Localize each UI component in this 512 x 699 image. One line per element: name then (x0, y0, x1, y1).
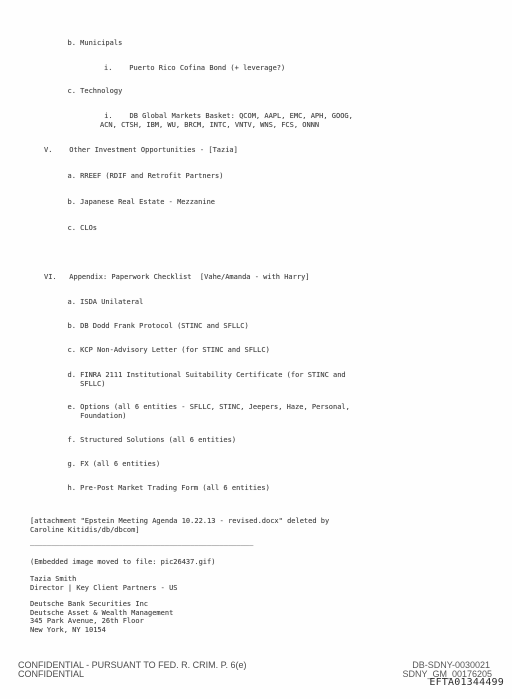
signature-name-title: Tazia Smith Director | Key Client Partne… (30, 575, 178, 592)
item-c-kcp-non-advisory-letter: c. KCP Non-Advisory Letter (for STINC an… (68, 346, 270, 355)
section-vi-heading: VI. Appendix: Paperwork Checklist [Vahe/… (44, 273, 310, 282)
signature-company-address: Deutsche Bank Securities Inc Deutsche As… (30, 600, 173, 634)
item-b-municipals: b. Municipals (68, 39, 123, 48)
item-f-structured-solutions: f. Structured Solutions (all 6 entities) (68, 436, 237, 445)
divider-line: ________________________________________… (30, 538, 253, 547)
item-b-japanese-real-estate: b. Japanese Real Estate - Mezzanine (68, 198, 216, 207)
item-a-rreef: a. RREEF (RDIF and Retrofit Partners) (68, 172, 224, 181)
item-b-db-dodd-frank-protocol: b. DB Dodd Frank Protocol (STINC and SFL… (68, 322, 249, 331)
item-d-finra-2111-certificate: d. FINRA 2111 Institutional Suitability … (68, 371, 346, 388)
item-h-pre-post-trading-form: h. Pre-Post Market Trading Form (all 6 e… (68, 484, 270, 493)
item-c-clos: c. CLOs (68, 224, 98, 233)
section-v-heading: V. Other Investment Opportunities - [Taz… (44, 146, 238, 155)
item-i-puerto-rico-cofina: i. Puerto Rico Cofina Bond (+ leverage?) (104, 64, 285, 73)
item-a-isda-unilateral: a. ISDA Unilateral (68, 298, 144, 307)
item-i-db-global-markets-basket: i. DB Global Markets Basket: QCOM, AAPL,… (100, 112, 353, 129)
item-c-technology: c. Technology (68, 87, 123, 96)
embedded-image-note: (Embedded image moved to file: pic26437.… (30, 558, 215, 567)
item-e-options: e. Options (all 6 entities - SFLLC, STIN… (68, 403, 350, 420)
bates-stamp-efta: EFTA01344499 (429, 677, 504, 688)
confidential-footer: CONFIDENTIAL - PURSUANT TO FED. R. CRIM.… (18, 661, 247, 678)
item-g-fx: g. FX (all 6 entities) (68, 460, 161, 469)
scanned-document-page: b. Municipals i. Puerto Rico Cofina Bond… (0, 0, 512, 699)
attachment-deleted-note: [attachment "Epstein Meeting Agenda 10.2… (30, 517, 329, 534)
